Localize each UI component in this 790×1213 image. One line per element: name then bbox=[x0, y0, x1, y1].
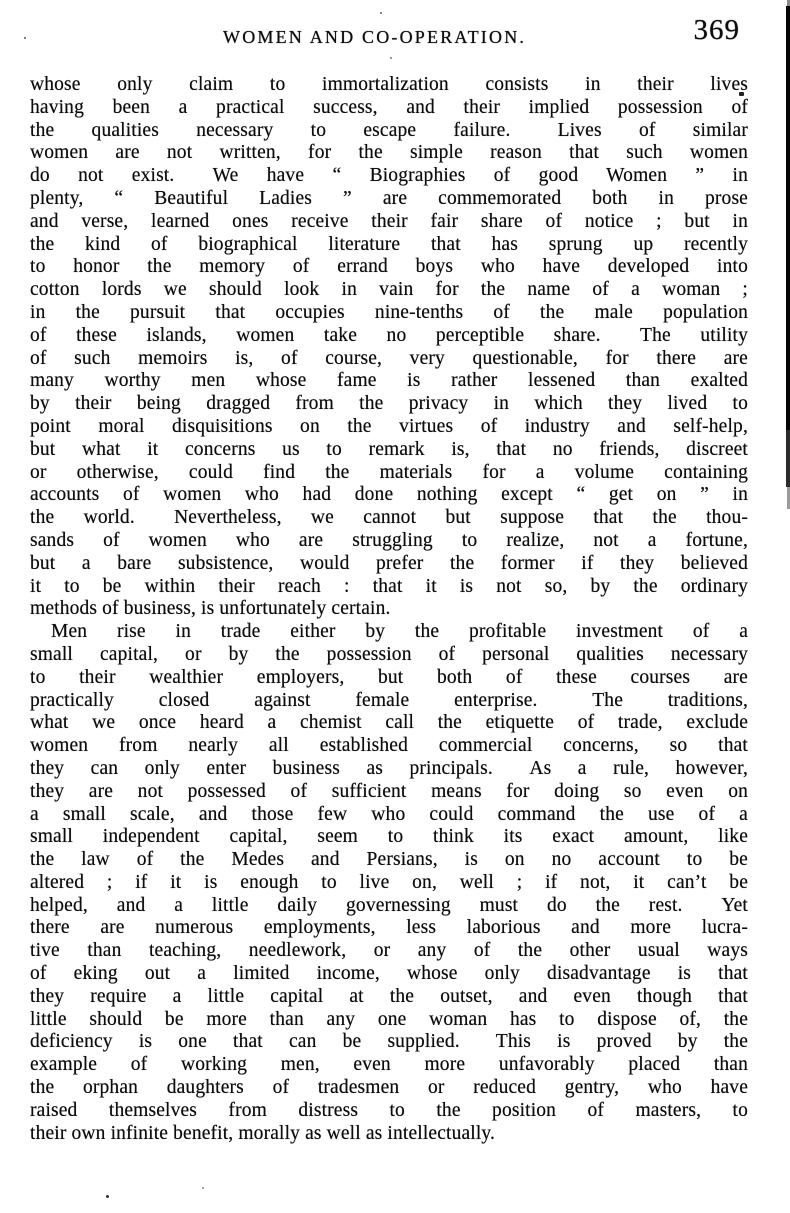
text-line: of these islands, women take no percepti… bbox=[30, 325, 748, 348]
text-line: point moral disquisitions on the virtues… bbox=[30, 416, 748, 439]
text-line: women from nearly all established commer… bbox=[30, 735, 748, 758]
text-line: the world. Nevertheless, we cannot but s… bbox=[30, 507, 748, 530]
text-line: plenty, “ Beautiful Ladies ” are commemo… bbox=[30, 188, 748, 211]
scan-gutter-bar bbox=[786, 6, 790, 430]
scan-speck bbox=[106, 1195, 109, 1198]
text-line: methods of business, is unfortunately ce… bbox=[30, 598, 748, 621]
text-line: small independent capital, seem to think… bbox=[30, 826, 748, 849]
page-body: whose only claim to immortalization cons… bbox=[30, 74, 748, 1145]
running-head-title: WOMEN AND CO-OPERATION. bbox=[223, 27, 526, 48]
paragraph-2: Men rise in trade either by the profitab… bbox=[30, 621, 748, 1145]
text-line: what we once heard a chemist call the et… bbox=[30, 712, 748, 735]
text-line: it to be within their reach : that it is… bbox=[30, 576, 748, 599]
text-line: do not exist. We have “ Biographies of g… bbox=[30, 165, 748, 188]
scan-gutter-bar bbox=[786, 430, 790, 487]
text-line: the law of the Medes and Persians, is on… bbox=[30, 849, 748, 872]
text-line: many worthy men whose fame is rather les… bbox=[30, 370, 748, 393]
scan-speck bbox=[739, 92, 744, 96]
text-line: in the pursuit that occupies nine-tenths… bbox=[30, 302, 748, 325]
text-line: to honor the memory of errand boys who h… bbox=[30, 256, 748, 279]
text-line: of such memoirs is, of course, very ques… bbox=[30, 348, 748, 371]
text-line: Men rise in trade either by the profitab… bbox=[30, 621, 748, 644]
text-line: tive than teaching, needlework, or any o… bbox=[30, 940, 748, 963]
text-line: of eking out a limited income, whose onl… bbox=[30, 963, 748, 986]
text-line: the qualities necessary to escape failur… bbox=[30, 120, 748, 143]
text-line: deficiency is one that can be supplied. … bbox=[30, 1031, 748, 1054]
text-line: raised themselves from distress to the p… bbox=[30, 1100, 748, 1123]
scan-speck bbox=[390, 57, 392, 59]
text-line: helped, and a little daily governessing … bbox=[30, 895, 748, 918]
scan-speck bbox=[24, 37, 26, 39]
text-line: they require a little capital at the out… bbox=[30, 986, 748, 1009]
text-line: they can only enter business as principa… bbox=[30, 758, 748, 781]
text-line: but what it concerns us to remark is, th… bbox=[30, 439, 748, 462]
text-line: the kind of biographical literature that… bbox=[30, 234, 748, 257]
text-line: practically closed against female enterp… bbox=[30, 690, 748, 713]
scan-speck bbox=[380, 12, 382, 14]
paragraph-1: whose only claim to immortalization cons… bbox=[30, 74, 748, 621]
text-line: their own infinite benefit, morally as w… bbox=[30, 1123, 748, 1146]
text-line: altered ; if it is enough to live on, we… bbox=[30, 872, 748, 895]
text-line: accounts of women who had done nothing e… bbox=[30, 484, 748, 507]
text-line: or otherwise, could find the materials f… bbox=[30, 462, 748, 485]
text-line: little should be more than any one woman… bbox=[30, 1009, 748, 1032]
text-line: sands of women who are struggling to rea… bbox=[30, 530, 748, 553]
text-line: but a bare subsistence, would prefer the… bbox=[30, 553, 748, 576]
page-header: WOMEN AND CO-OPERATION. 369 bbox=[0, 0, 790, 66]
scan-speck bbox=[202, 1187, 204, 1189]
text-line: to their wealthier employers, but both o… bbox=[30, 667, 748, 690]
text-line: there are numerous employments, less lab… bbox=[30, 917, 748, 940]
page-number: 369 bbox=[694, 14, 741, 47]
text-line: and verse, learned ones receive their fa… bbox=[30, 211, 748, 234]
text-line: having been a practical success, and the… bbox=[30, 97, 748, 120]
text-line: cotton lords we should look in vain for … bbox=[30, 279, 748, 302]
text-line: a small scale, and those few who could c… bbox=[30, 804, 748, 827]
text-line: they are not possessed of sufficient mea… bbox=[30, 781, 748, 804]
text-line: by their being dragged from the privacy … bbox=[30, 393, 748, 416]
text-line: example of working men, even more unfavo… bbox=[30, 1054, 748, 1077]
text-line: small capital, or by the possession of p… bbox=[30, 644, 748, 667]
text-line: women are not written, for the simple re… bbox=[30, 142, 748, 165]
scanned-book-page: WOMEN AND CO-OPERATION. 369 whose only c… bbox=[0, 0, 790, 1213]
text-line: whose only claim to immortalization cons… bbox=[30, 74, 748, 97]
text-line: the orphan daughters of tradesmen or red… bbox=[30, 1077, 748, 1100]
